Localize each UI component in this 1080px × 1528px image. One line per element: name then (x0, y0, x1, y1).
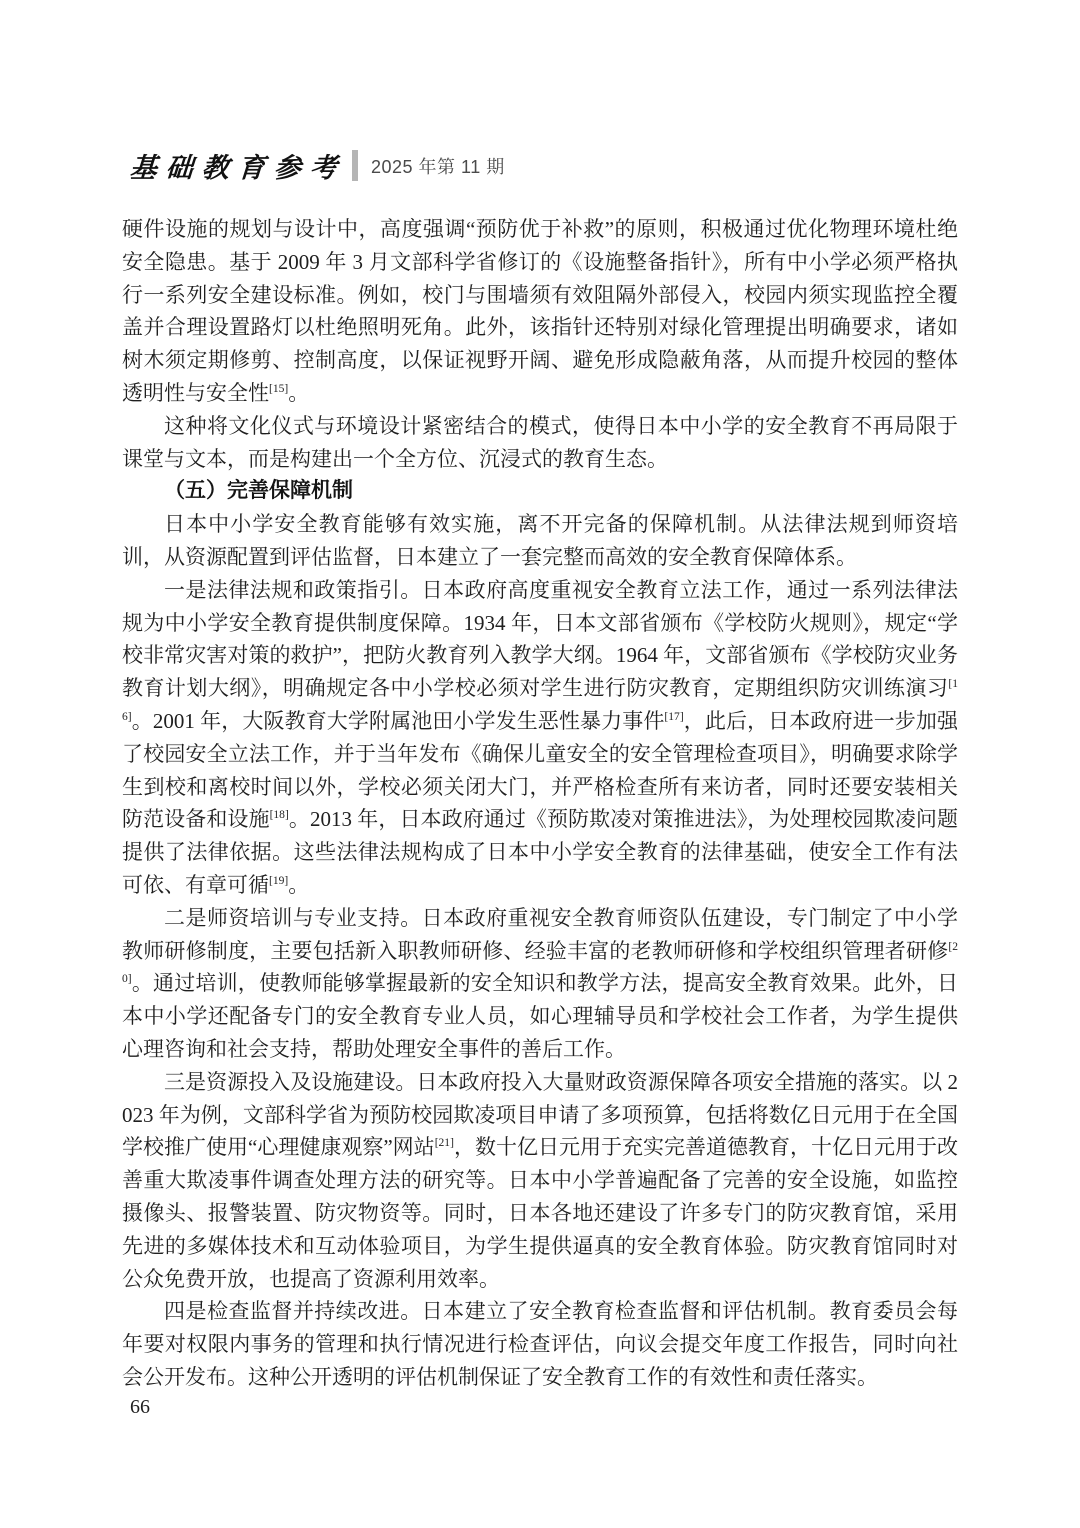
body-paragraph: 日本中小学安全教育能够有效实施，离不开完备的保障机制。从法律法规到师资培训，从资… (122, 508, 958, 574)
citation-ref: [16] (122, 678, 958, 723)
section-heading: （五）完善保障机制 (122, 475, 958, 508)
journal-logo: 基础教育参考 (129, 146, 348, 185)
citation-ref: [20] (122, 941, 958, 986)
journal-page: { "header": { "journal_name": "基础教育参考", … (0, 0, 1080, 1528)
citation-ref: [21] (435, 1137, 454, 1149)
article-body: 硬件设施的规划与设计中，高度强调“预防优于补救”的原则，积极通过优化物理环境杜绝… (122, 213, 958, 1394)
page-number: 66 (130, 1396, 150, 1419)
issue-label: 2025 年第 11 期 (371, 153, 505, 179)
header-divider (352, 150, 358, 181)
body-paragraph: 二是师资培训与专业支持。日本政府重视安全教育师资队伍建设，专门制定了中小学教师研… (122, 902, 958, 1066)
citation-ref: [19] (269, 875, 288, 887)
body-paragraph: 三是资源投入及设施建设。日本政府投入大量财政资源保障各项安全措施的落实。以 20… (122, 1066, 958, 1296)
body-paragraph: 一是法律法规和政策指引。日本政府高度重视安全教育立法工作，通过一系列法律法规为中… (122, 574, 958, 902)
body-paragraph: 四是检查监督并持续改进。日本建立了安全教育检查监督和评估机制。教育委员会每年要对… (122, 1295, 958, 1393)
page-header: 基础教育参考 2025 年第 11 期 (130, 146, 505, 185)
body-paragraph: 这种将文化仪式与环境设计紧密结合的模式，使得日本中小学的安全教育不再局限于课堂与… (122, 410, 958, 476)
citation-ref: [17] (664, 711, 683, 723)
citation-ref: [15] (269, 383, 288, 395)
body-paragraph: 硬件设施的规划与设计中，高度强调“预防优于补救”的原则，积极通过优化物理环境杜绝… (122, 213, 958, 410)
citation-ref: [18] (270, 809, 289, 821)
